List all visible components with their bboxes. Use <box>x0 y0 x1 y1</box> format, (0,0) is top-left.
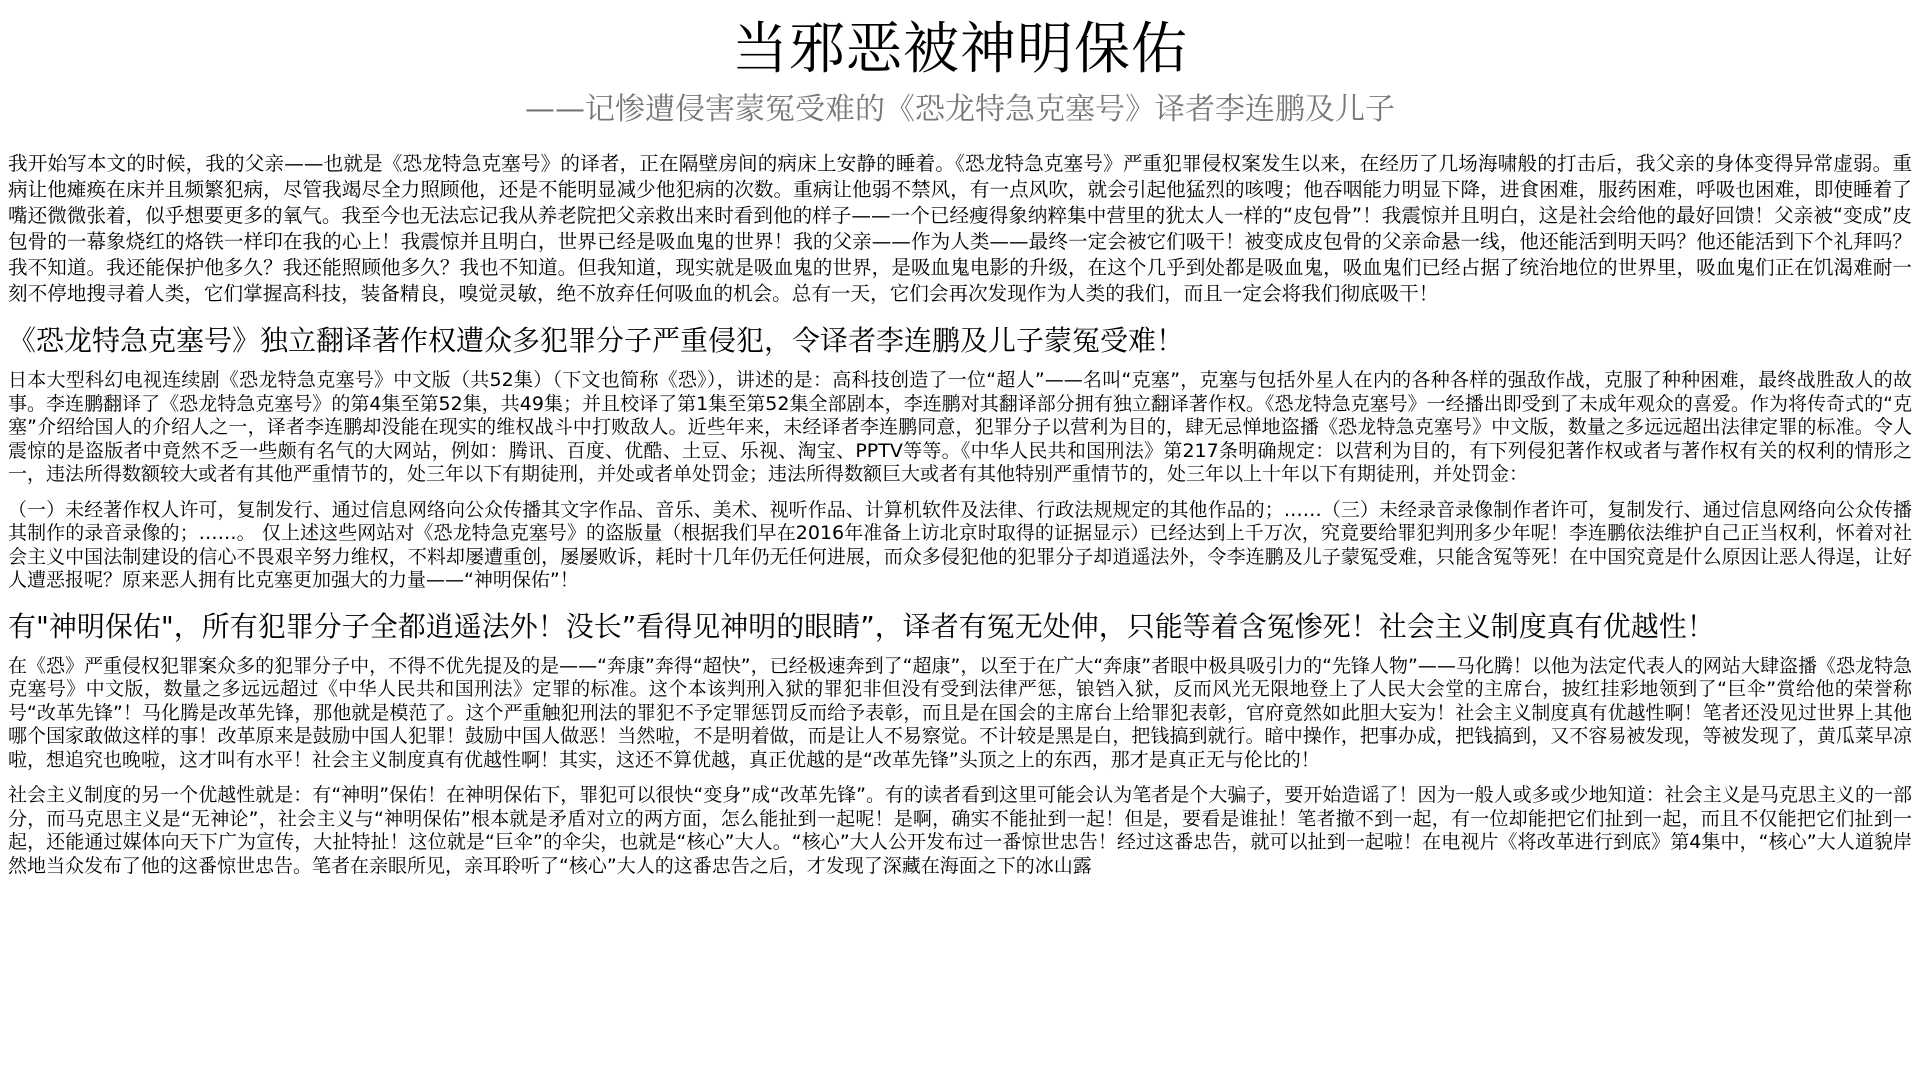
paragraph-advantage: 社会主义制度的另一个优越性就是：有“神明”保佑！在神明保佑下，罪犯可以很快“变身… <box>8 784 1912 878</box>
paragraph-law-clause: （一）未经著作权人许可，复制发行、通过信息网络向公众传播其文字作品、音乐、美术、… <box>8 499 1912 593</box>
spacer <box>8 487 1912 499</box>
paragraph-offender: 在《恐》严重侵权犯罪案众多的犯罪分子中，不得不优先提及的是——“奔康”奔得“超快… <box>8 655 1912 773</box>
article-title: 当邪恶被神明保佑 <box>8 18 1912 82</box>
section-heading-copyright: 《恐龙特急克塞号》独立翻译著作权遭众多犯罪分子严重侵犯，令译者李连鹏及儿子蒙冤受… <box>8 323 1912 359</box>
spacer <box>8 772 1912 784</box>
section-heading-protection: 有"神明保佑"，所有犯罪分子全都逍遥法外！没长”看得见神明的眼睛”，译者有冤无处… <box>8 609 1912 645</box>
paragraph-background: 日本大型科幻电视连续剧《恐龙特急克塞号》中文版（共52集）（下文也简称《恐》），… <box>8 369 1912 487</box>
paragraph-intro: 我开始写本文的时候，我的父亲——也就是《恐龙特急克塞号》的译者，正在隔壁房间的病… <box>8 151 1912 307</box>
article-subtitle: ——记惨遭侵害蒙冤受难的《恐龙特急克塞号》译者李连鹏及儿子 <box>8 92 1912 128</box>
article-page: 当邪恶被神明保佑 ——记惨遭侵害蒙冤受难的《恐龙特急克塞号》译者李连鹏及儿子 我… <box>0 18 1920 878</box>
